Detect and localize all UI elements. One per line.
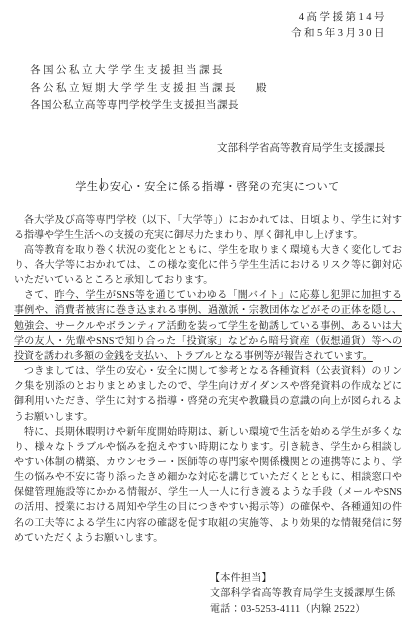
body-paragraph: 各大学及び高等専門学校（以下、「大学等」）におかれては、日頃より、学生に対する指… <box>14 213 402 243</box>
addressee-block: 各国公私立大学学生支援担当課長 各公私立短期大学学生支援担当課長殿 各国公私立高… <box>30 62 415 115</box>
contact-block: 【本件担当】 文部科学省高等教育局学生支援課厚生係 電話：03-5253-411… <box>210 571 415 618</box>
addressee-line: 各公私立短期大学学生支援担当課長殿 <box>30 80 415 98</box>
document-number: 4高学援第14号 <box>0 10 387 26</box>
document-meta: 4高学援第14号 令和5年3月30日 <box>0 10 415 41</box>
addressee-line: 各国公私立大学学生支援担当課長 <box>30 62 415 80</box>
honorific-dono: 殿 <box>256 83 267 94</box>
underlined-passage: 昨今、学生がSNS等を通じていわゆる「闇バイト」に応募し犯罪に加担する事例や、消… <box>14 290 402 362</box>
text-cursor <box>101 178 102 191</box>
document-date: 令和5年3月30日 <box>0 26 387 42</box>
contact-office: 文部科学省高等教育局学生支援課厚生係 <box>210 586 415 602</box>
addressee-text: 各国公私立高等専門学校学生支援担当課長 <box>30 100 239 111</box>
paragraph-lead: さて、 <box>24 290 55 301</box>
title-row: 学生の安心・安全に係る指導・啓発の充実について <box>0 177 415 193</box>
sender-line: 文部科学省高等教育局学生支援課長 <box>0 141 415 156</box>
contact-phone: 電話：03-5253-4111（内線 2522） <box>210 602 415 618</box>
body-paragraph: つきましては、学生の安心・安全に関して参考となる各種資料（公表資料）のリンク集を… <box>14 364 402 425</box>
addressee-text: 各国公私立大学学生支援担当課長 <box>30 65 225 76</box>
letter-body: 各大学及び高等専門学校（以下、「大学等」）におかれては、日頃より、学生に対する指… <box>14 213 402 546</box>
addressee-line: 各国公私立高等専門学校学生支援担当課長 <box>30 97 415 115</box>
addressee-text: 各公私立短期大学学生支援担当課長 <box>30 83 238 94</box>
body-paragraph: 高等教育を取り巻く状況の変化とともに、学生を取りまく環境も大きく変化しており、各… <box>14 243 402 288</box>
document-title: 学生の安心・安全に係る指導・啓発の充実について <box>75 181 339 193</box>
body-paragraph: 特に、長期休暇明けや新年度開始時期は、新しい環境で生活を始める学生が多くなり、様… <box>14 425 402 546</box>
official-letter-page: 4高学援第14号 令和5年3月30日 各国公私立大学学生支援担当課長 各公私立短… <box>0 0 415 624</box>
contact-heading: 【本件担当】 <box>210 571 415 587</box>
body-paragraph: さて、昨今、学生がSNS等を通じていわゆる「闇バイト」に応募し犯罪に加担する事例… <box>14 288 402 364</box>
